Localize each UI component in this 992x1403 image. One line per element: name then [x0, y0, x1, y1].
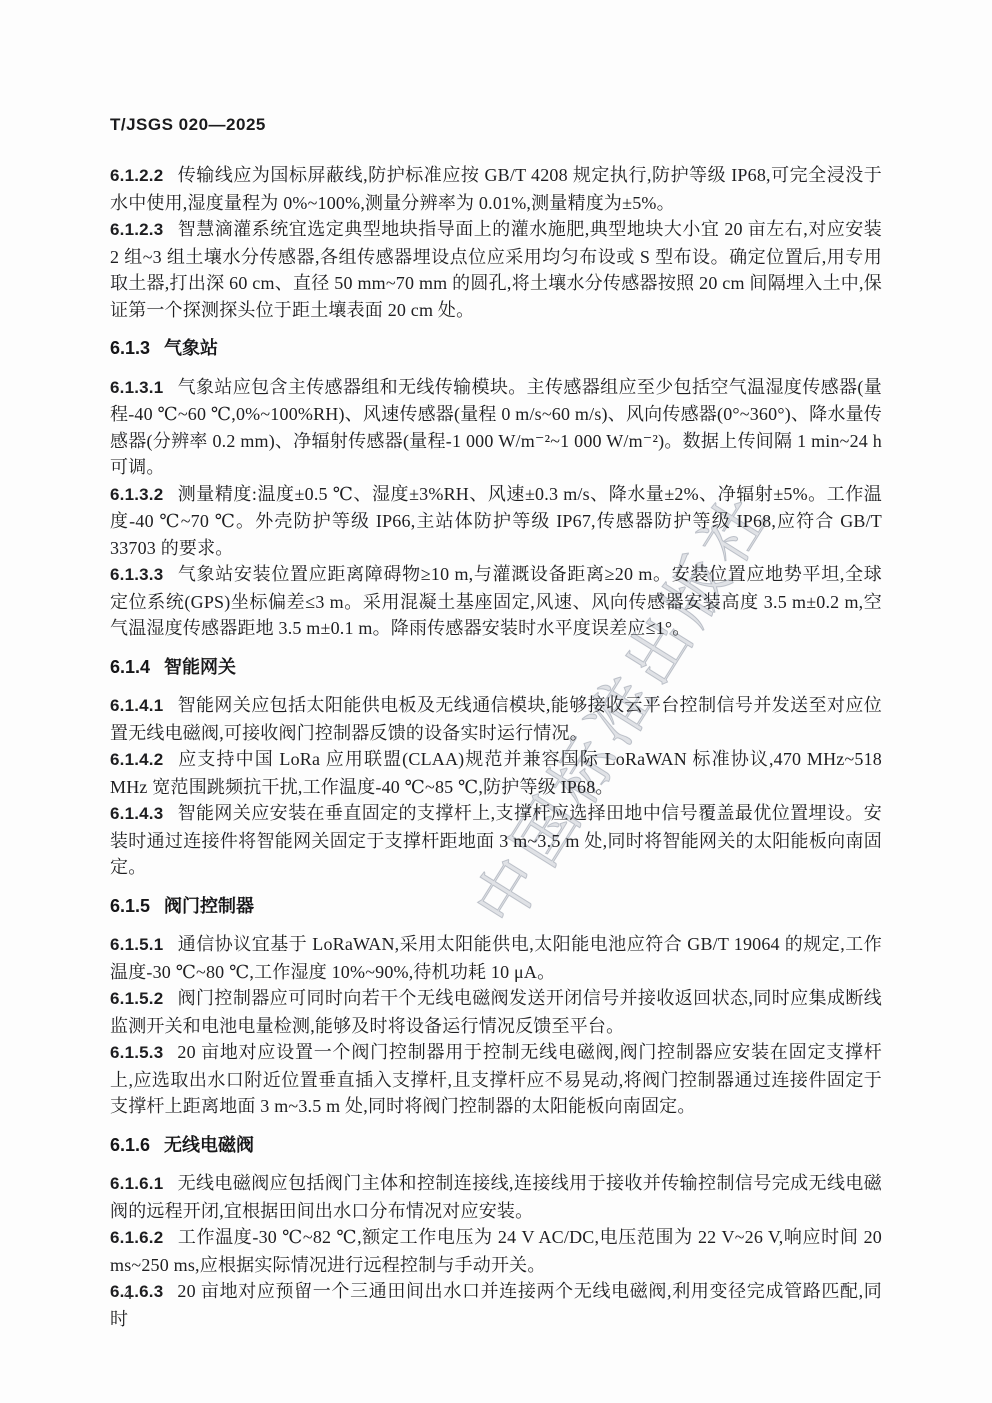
clause-6.1.2.3: 6.1.2.3智慧滴灌系统宜选定典型地块指导面上的灌水施肥,典型地块大小宜 20… [110, 216, 882, 323]
clause-text: 无线电磁阀应包括阀门主体和控制连接线,连接线用于接收并传输控制信号完成无线电磁阀… [110, 1173, 882, 1221]
section-heading-6.1.3: 6.1.3气象站 [110, 335, 882, 362]
clause-text: 气象站应包含主传感器组和无线传输模块。主传感器组应至少包括空气温湿度传感器(量程… [110, 377, 882, 478]
heading-title: 阀门控制器 [164, 896, 254, 916]
clause-6.1.6.2: 6.1.6.2工作温度-30 ℃~82 ℃,额定工作电压为 24 V AC/DC… [110, 1224, 882, 1278]
clause-6.1.3.1: 6.1.3.1气象站应包含主传感器组和无线传输模块。主传感器组应至少包括空气温湿… [110, 374, 882, 481]
clause-6.1.5.3: 6.1.5.320 亩地对应设置一个阀门控制器用于控制无线电磁阀,阀门控制器应安… [110, 1039, 882, 1120]
clause-text: 20 亩地对应设置一个阀门控制器用于控制无线电磁阀,阀门控制器应安装在固定支撑杆… [110, 1042, 882, 1116]
clause-text: 智慧滴灌系统宜选定典型地块指导面上的灌水施肥,典型地块大小宜 20 亩左右,对应… [110, 219, 882, 320]
clause-text: 应支持中国 LoRa 应用联盟(CLAA)规范并兼容国际 LoRaWAN 标准协… [110, 749, 882, 797]
clause-number: 6.1.5.1 [110, 935, 163, 954]
clause-text: 通信协议宜基于 LoRaWAN,采用太阳能供电,太阳能电池应符合 GB/T 19… [110, 934, 882, 982]
clause-number: 6.1.6.3 [110, 1282, 163, 1301]
clause-text: 阀门控制器应可同时向若干个无线电磁阀发送开闭信号并接收返回状态,同时应集成断线监… [110, 988, 882, 1036]
heading-title: 智能网关 [164, 657, 236, 677]
clause-number: 6.1.4.1 [110, 696, 163, 715]
heading-number: 6.1.4 [110, 657, 150, 677]
clause-text: 智能网关应包括太阳能供电板及无线通信模块,能够接收云平台控制信号并发送至对应位置… [110, 695, 882, 743]
clause-text: 传输线应为国标屏蔽线,防护标准应按 GB/T 4208 规定执行,防护等级 IP… [110, 165, 882, 213]
section-heading-6.1.6: 6.1.6无线电磁阀 [110, 1132, 882, 1159]
document-body: 6.1.2.2传输线应为国标屏蔽线,防护标准应按 GB/T 4208 规定执行,… [110, 162, 882, 1332]
clause-text: 工作温度-30 ℃~82 ℃,额定工作电压为 24 V AC/DC,电压范围为 … [110, 1227, 882, 1275]
clause-6.1.3.2: 6.1.3.2测量精度:温度±0.5 ℃、湿度±3%RH、风速±0.3 m/s、… [110, 481, 882, 562]
section-heading-6.1.4: 6.1.4智能网关 [110, 654, 882, 681]
clause-number: 6.1.4.3 [110, 804, 163, 823]
clause-text: 气象站安装位置应距离障碍物≥10 m,与灌溉设备距离≥20 m。安装位置应地势平… [110, 564, 882, 638]
clause-6.1.4.2: 6.1.4.2应支持中国 LoRa 应用联盟(CLAA)规范并兼容国际 LoRa… [110, 746, 882, 800]
heading-number: 6.1.5 [110, 896, 150, 916]
clause-6.1.4.1: 6.1.4.1智能网关应包括太阳能供电板及无线通信模块,能够接收云平台控制信号并… [110, 692, 882, 746]
clause-number: 6.1.5.2 [110, 989, 163, 1008]
clause-number: 6.1.4.2 [110, 750, 163, 769]
clause-number: 6.1.6.1 [110, 1174, 163, 1193]
clause-text: 20 亩地对应预留一个三通田间出水口并连接两个无线电磁阀,利用变径完成管路匹配,… [110, 1281, 882, 1329]
clause-number: 6.1.5.3 [110, 1043, 163, 1062]
clause-6.1.2.2: 6.1.2.2传输线应为国标屏蔽线,防护标准应按 GB/T 4208 规定执行,… [110, 162, 882, 216]
document-page: 中国标准出版社 T/JSGS 020—2025 6.1.2.2传输线应为国标屏蔽… [0, 0, 992, 1403]
page-number: 4 [124, 1284, 133, 1304]
heading-number: 6.1.6 [110, 1135, 150, 1155]
clause-number: 6.1.2.2 [110, 166, 163, 185]
clause-text: 测量精度:温度±0.5 ℃、湿度±3%RH、风速±0.3 m/s、降水量±2%、… [110, 484, 882, 558]
heading-title: 无线电磁阀 [164, 1135, 254, 1155]
clause-6.1.6.3: 6.1.6.320 亩地对应预留一个三通田间出水口并连接两个无线电磁阀,利用变径… [110, 1278, 882, 1332]
standard-number-header: T/JSGS 020—2025 [110, 115, 266, 135]
clause-number: 6.1.2.3 [110, 220, 163, 239]
section-heading-6.1.5: 6.1.5阀门控制器 [110, 893, 882, 920]
clause-6.1.6.1: 6.1.6.1无线电磁阀应包括阀门主体和控制连接线,连接线用于接收并传输控制信号… [110, 1170, 882, 1224]
clause-number: 6.1.3.1 [110, 378, 163, 397]
clause-number: 6.1.3.2 [110, 485, 163, 504]
clause-6.1.4.3: 6.1.4.3智能网关应安装在垂直固定的支撑杆上,支撑杆应选择田地中信号覆盖最优… [110, 800, 882, 881]
clause-6.1.3.3: 6.1.3.3气象站安装位置应距离障碍物≥10 m,与灌溉设备距离≥20 m。安… [110, 561, 882, 642]
clause-number: 6.1.3.3 [110, 565, 163, 584]
heading-title: 气象站 [164, 338, 218, 358]
clause-number: 6.1.6.2 [110, 1228, 163, 1247]
heading-number: 6.1.3 [110, 338, 150, 358]
clause-6.1.5.1: 6.1.5.1通信协议宜基于 LoRaWAN,采用太阳能供电,太阳能电池应符合 … [110, 931, 882, 985]
clause-text: 智能网关应安装在垂直固定的支撑杆上,支撑杆应选择田地中信号覆盖最优位置埋设。安装… [110, 803, 882, 877]
clause-6.1.5.2: 6.1.5.2阀门控制器应可同时向若干个无线电磁阀发送开闭信号并接收返回状态,同… [110, 985, 882, 1039]
